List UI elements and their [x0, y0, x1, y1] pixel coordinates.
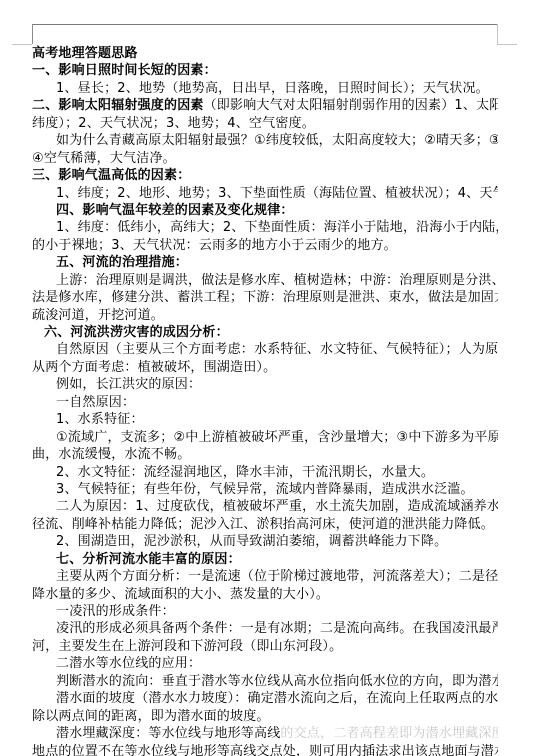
section-6-heading: 六、河流洪涝灾害的成因分析： — [32, 324, 498, 341]
page-corner-mark-left-horizontal — [12, 44, 32, 45]
paragraph: （即影响大气对太阳辐射削弱作用的因素）1、太阳高度（即 — [204, 98, 498, 113]
paragraph: 潜水埋藏深度：等水位线与地形等高线 — [56, 726, 280, 741]
paragraph: 主要从两个方面分析：一是流速（位于阶梯过渡地带，河流落差大）；二是径流量大（看 — [32, 568, 498, 585]
paragraph: 1、纬度；2、地形、地势；3、下垫面性质（海陆位置、植被状况）；4、天气状况。 — [32, 185, 498, 202]
document-page: 高考地理答题思路 一、影响日照时间长短的因素： 1、昼长；2、地势（地势高，日出… — [32, 45, 498, 756]
paragraph: 2、围湖造田，泥沙淤积，从而导致湖泊萎缩，调蓄洪峰能力下降。 — [32, 533, 498, 550]
paragraph: 二人为原因：1、过度砍伐，植被破坏严重，水土流失加剧，造成流域涵养水源、调节 — [32, 498, 498, 515]
document-title: 高考地理答题思路 — [32, 45, 498, 62]
paragraph-line: 潜水埋藏深度：等水位线与地形等高线的交点，二者高程差即为潜水埋藏深度。若所求 — [32, 725, 498, 742]
section-2-heading-line: 二、影响太阳辐射强度的因素（即影响大气对太阳辐射削弱作用的因素）1、太阳高度（即 — [32, 97, 498, 114]
subheading: 一凌汛的形成条件： — [32, 603, 498, 620]
paragraph: 例如，长江洪灾的原因： — [32, 376, 498, 393]
paragraph: 潜水面的坡度（潜水水力坡度）：确定潜水流向之后，在流向上任取两点的水位高差， — [32, 690, 498, 707]
paragraph: 3、气候特征；有些年份，气候异常，流域内普降暴雨，造成洪水泛滥。 — [32, 481, 498, 498]
paragraph: 地点的位置不在等水位线与地形等高线交点处，则可用内插法求出该点地面与潜水面的高 — [32, 743, 498, 756]
paragraph: 如为什么青藏高原太阳辐射最强？①纬度较低，太阳高度较大；②晴天多；③地势高； — [32, 132, 498, 149]
paragraph: 河，主要发生在上游河段和下游河段（即山东河段）。 — [32, 638, 498, 655]
page-corner-mark-right-vertical — [497, 24, 498, 44]
subheading: 一自然原因： — [32, 394, 498, 411]
paragraph: 自然原因（主要从三个方面考虑：水系特征、水文特征、气候特征）；人为原因（主要 — [32, 341, 498, 358]
paragraph: 除以两点间的距离，即为潜水面的坡度。 — [32, 708, 498, 725]
paragraph: 凌汛的形成必须具备两个条件：一是有冰期；二是流向高纬。在我国凌汛最严重的是黄 — [32, 620, 498, 637]
paragraph: 从两个方面考虑：植被破坏，围湖造田）。 — [32, 359, 498, 376]
paragraph: 纬度）；2、天气状况；3、地势；4、空气密度。 — [32, 115, 498, 132]
section-4-heading: 四、影响气温年较差的因素及变化规律： — [32, 202, 498, 219]
paragraph: 判断潜水的流向：垂直于潜水等水位线从高水位指向低水位的方向，即为潜水流向。 — [32, 673, 498, 690]
section-5-heading: 五、河流的治理措施： — [32, 254, 498, 271]
paragraph: 的小于裸地；3、天气状况：云雨多的地方小于云雨少的地方。 — [32, 237, 498, 254]
section-7-heading: 七、分析河流水能丰富的原因： — [32, 551, 498, 568]
subheading: 二潜水等水位线的应用： — [32, 655, 498, 672]
page-corner-mark-right-horizontal — [497, 44, 517, 45]
section-2-heading: 二、影响太阳辐射强度的因素 — [32, 98, 204, 113]
paragraph: ①流域广，支流多；②中上游植被破坏严重，含沙量增大；③中下游多为平原，河道弯 — [32, 429, 498, 446]
paragraph: 2、水文特征：流经湿润地区，降水丰沛，干流汛期长，水量大。 — [32, 464, 498, 481]
paragraph: 曲，水流缓慢，水流不畅。 — [32, 446, 498, 463]
paragraph: 法是修水库，修建分洪、蓄洪工程；下游：治理原则是泄洪、束水，做法是加固大堤，清淤 — [32, 289, 498, 306]
subheading: 1、水系特征： — [32, 411, 498, 428]
section-3-heading: 三、影响气温高低的因素： — [32, 167, 498, 184]
paragraph: 降水量的多少、流域面积的大小、蒸发量的大小）。 — [32, 586, 498, 603]
paragraph-watermarked: 的交点，二者高程差即为潜水埋藏深度。若所求 — [280, 726, 498, 741]
paragraph: 疏浚河道，开挖河道。 — [32, 307, 498, 324]
paragraph: 径流、削峰补枯能力降低；泥沙入江、淤积抬高河床，使河道的泄洪能力降低。 — [32, 516, 498, 533]
paragraph: 上游：治理原则是调洪，做法是修水库、植树造林；中游：治理原则是分洪、蓄洪，作 — [32, 272, 498, 289]
paragraph: 1、纬度：低纬小，高纬大；2、下垫面性质：海洋小于陆地，沿海小于内陆，有植被 — [32, 219, 498, 236]
paragraph: ④空气稀薄，大气洁净。 — [32, 150, 498, 167]
paragraph: 1、昼长；2、地势（地势高，日出早，日落晚，日照时间长）；天气状况。 — [32, 80, 498, 97]
page-corner-mark-left-vertical — [32, 24, 33, 44]
page-top-border — [32, 24, 498, 25]
section-1-heading: 一、影响日照时间长短的因素： — [32, 62, 498, 79]
